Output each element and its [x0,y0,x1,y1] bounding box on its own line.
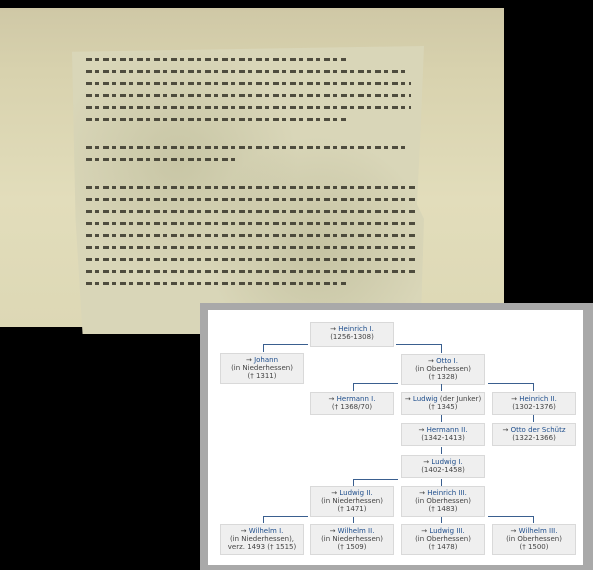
tree-connector [353,383,354,391]
person-link[interactable]: Ludwig I. [431,458,462,466]
tree-node-ludwig_junker: → Ludwig (der Junker)(† 1345) [401,392,485,415]
node-detail: (in Niederhessen), [221,535,303,543]
person-link[interactable]: Heinrich III. [427,489,467,497]
tree-connector [263,516,308,517]
arrow-icon: → [405,395,413,403]
tree-node-ludwig1: → Ludwig I.(1402-1458) [401,455,485,478]
node-detail: (1322-1366) [493,434,575,442]
tree-node-johann: → Johann(in Niederhessen)(† 1311) [220,353,304,384]
node-detail: (1256-1308) [311,333,393,341]
arrow-icon: → [329,395,337,403]
tree-node-heinrich3: → Heinrich III.(in Oberhessen)(† 1483) [401,486,485,517]
tree-node-wilhelm3: → Wilhelm III.(in Oberhessen)(† 1500) [492,524,576,555]
tree-node-heinrich2: → Heinrich II.(1302-1376) [492,392,576,415]
person-link[interactable]: Johann [254,356,278,364]
tree-connector [488,383,533,384]
tree-connector [396,344,441,345]
node-detail: (1342-1413) [402,434,484,442]
tree-node-wilhelm2: → Wilhelm II.(in Niederhessen)(† 1509) [310,524,394,555]
tree-node-otto1: → Otto I.(in Oberhessen)(† 1328) [401,354,485,385]
manuscript-photo [0,8,504,327]
tree-connector [353,479,398,480]
person-link[interactable]: Ludwig III. [429,527,464,535]
tree-node-wilhelm1: → Wilhelm I.(in Niederhessen),verz. 1493… [220,524,304,555]
arrow-icon: → [511,527,519,535]
node-detail: († 1483) [402,505,484,513]
tree-connector [441,344,442,353]
tree-connector [353,383,398,384]
family-tree: → Heinrich I.(1256-1308)→ Johann(in Nied… [208,310,583,565]
person-link[interactable]: Wilhelm III. [519,527,558,535]
parchment [72,46,424,334]
tree-connector [533,383,534,391]
tree-node-hermann1: → Hermann I.(† 1368/70) [310,392,394,415]
tree-connector [263,344,308,345]
node-detail: († 1345) [402,403,484,411]
person-link[interactable]: Hermann II. [427,426,468,434]
node-detail: (in Niederhessen) [221,364,303,372]
tree-connector [441,384,442,391]
tree-connector [441,415,442,422]
tree-connector [441,447,442,454]
arrow-icon: → [511,395,519,403]
node-detail: (in Oberhessen) [402,497,484,505]
person-link[interactable]: Wilhelm II. [338,527,375,535]
node-detail: (1402-1458) [402,466,484,474]
tree-connector [488,516,533,517]
node-detail: († 1509) [311,543,393,551]
arrow-icon: → [428,357,436,365]
person-link[interactable]: Heinrich I. [338,325,374,333]
tree-connector [263,516,264,523]
tree-connector [353,479,354,486]
person-link[interactable]: Hermann I. [337,395,376,403]
node-detail: († 1500) [493,543,575,551]
node-detail: (1302-1376) [493,403,575,411]
node-detail: verz. 1493 († 1515) [221,543,303,551]
tree-connector [353,517,354,523]
tree-node-heinrich1: → Heinrich I.(1256-1308) [310,322,394,347]
arrow-icon: → [419,489,427,497]
node-detail: (in Oberhessen) [402,365,484,373]
tree-connector [263,344,264,352]
arrow-icon: → [502,426,510,434]
arrow-icon: → [241,527,249,535]
node-detail: (in Niederhessen) [311,497,393,505]
person-link[interactable]: Heinrich II. [519,395,557,403]
node-detail: (in Niederhessen) [311,535,393,543]
tree-connector [441,517,442,523]
epithet: (der Junker) [438,395,481,403]
tree-node-otto_schuetz: → Otto der Schütz(1322-1366) [492,423,576,446]
family-tree-panel: → Heinrich I.(1256-1308)→ Johann(in Nied… [200,303,593,570]
tree-connector [533,516,534,523]
tree-node-ludwig3: → Ludwig III.(in Oberhessen)(† 1478) [401,524,485,555]
tree-node-ludwig2: → Ludwig II.(in Niederhessen)(† 1471) [310,486,394,517]
tree-connector [441,479,442,486]
node-detail: († 1368/70) [311,403,393,411]
node-detail: (in Oberhessen) [402,535,484,543]
tree-connector [533,415,534,422]
arrow-icon: → [419,426,427,434]
person-link[interactable]: Ludwig II. [339,489,372,497]
person-link[interactable]: Otto I. [436,357,458,365]
person-link[interactable]: Otto der Schütz [511,426,566,434]
node-detail: († 1311) [221,372,303,380]
person-link[interactable]: Wilhelm I. [249,527,284,535]
person-link[interactable]: Ludwig [413,395,438,403]
node-detail: (in Oberhessen) [493,535,575,543]
tree-node-hermann2: → Hermann II.(1342-1413) [401,423,485,446]
node-detail: († 1471) [311,505,393,513]
arrow-icon: → [330,527,338,535]
node-detail: († 1478) [402,543,484,551]
node-detail: († 1328) [402,373,484,381]
arrow-icon: → [246,356,254,364]
